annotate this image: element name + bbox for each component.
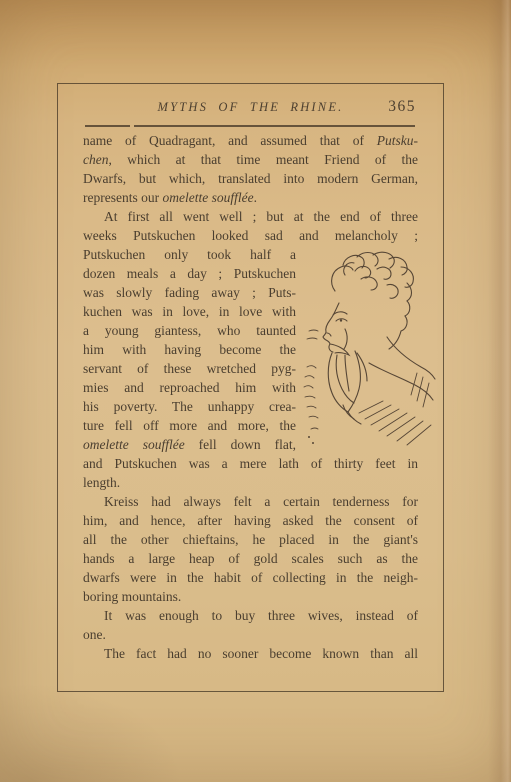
text-line: all the other chieftains, he placed in t… <box>83 530 418 549</box>
header-rule-short <box>85 125 130 127</box>
text-line: name of Quadragant, and assumed that of … <box>83 131 418 150</box>
text-line: hands a large heap of gold scales such a… <box>83 549 418 568</box>
giant-portrait-illustration <box>299 245 447 461</box>
text-line: The fact had no sooner become known than… <box>83 644 418 663</box>
text-run: servant of these wretched pyg- <box>83 361 296 376</box>
text-line: one. <box>83 625 418 644</box>
text-run: ture fell off more and more, the <box>83 418 296 433</box>
text-line: chen, which at that time meant Friend of… <box>83 150 418 169</box>
text-run: kuchen was in love, in love with <box>83 304 296 319</box>
running-header-title: MYTHS OF THE RHINE. <box>58 100 443 115</box>
text-run: At first all went well ; but at the end … <box>104 209 418 224</box>
text-line: weeks Putskuchen looked sad and melancho… <box>83 226 418 245</box>
text-line: him, and hence, after having asked the c… <box>83 511 418 530</box>
text-run: mies and reproached him with <box>83 380 296 395</box>
text-run: dwarfs were in the habit of collecting i… <box>83 570 418 585</box>
text-run: all the other chieftains, he placed in t… <box>83 532 418 547</box>
text-run: Dwarfs, but which, translated into moder… <box>83 171 418 186</box>
text-run: dozen meals a day ; Putskuchen <box>83 266 296 281</box>
text-line: Kreiss had always felt a certain tendern… <box>83 492 418 511</box>
italic-text-run: omelette soufflée <box>83 437 185 452</box>
text-run: hands a large heap of gold scales such a… <box>83 551 418 566</box>
text-run: It was enough to buy three wives, instea… <box>104 608 418 623</box>
page-number: 365 <box>388 98 416 116</box>
text-run: him, and hence, after having asked the c… <box>83 513 418 528</box>
text-run: Putskuchen only took half a <box>83 247 296 262</box>
text-run: fell down flat, <box>185 437 296 452</box>
italic-text-run: chen <box>83 152 108 167</box>
text-run: Kreiss had always felt a certain tendern… <box>104 494 418 509</box>
italic-text-run: Putsku- <box>377 133 418 148</box>
text-run: weeks Putskuchen looked sad and melancho… <box>83 228 418 243</box>
text-run: boring mountains. <box>83 589 181 604</box>
text-run: him with having become the <box>83 342 296 357</box>
italic-text-run: omelette soufflée <box>162 190 253 205</box>
header-rule-long <box>134 125 415 127</box>
text-line: It was enough to buy three wives, instea… <box>83 606 418 625</box>
text-run: , which at that time meant Friend of the <box>108 152 418 167</box>
text-run: name of Quadragant, and assumed that of <box>83 133 377 148</box>
text-run: his poverty. The unhappy crea- <box>83 399 296 414</box>
text-run: length. <box>83 475 120 490</box>
text-run: represents our <box>83 190 162 205</box>
text-line: boring mountains. <box>83 587 418 606</box>
text-run: one. <box>83 627 106 642</box>
text-line: length. <box>83 473 418 492</box>
text-line: dwarfs were in the habit of collecting i… <box>83 568 418 587</box>
page-frame: MYTHS OF THE RHINE. 365 <box>57 83 444 692</box>
text-run: The fact had no sooner become known than… <box>104 646 418 661</box>
text-line: At first all went well ; but at the end … <box>83 207 418 226</box>
page-background: MYTHS OF THE RHINE. 365 <box>0 0 511 782</box>
text-run: was slowly fading away ; Puts- <box>83 285 296 300</box>
text-line: represents our omelette soufflée. <box>83 188 418 207</box>
page-body-lines: name of Quadragant, and assumed that of … <box>83 131 418 663</box>
text-line: Dwarfs, but which, translated into moder… <box>83 169 418 188</box>
text-run: . <box>254 190 257 205</box>
text-run: a young giantess, who taunted <box>83 323 296 338</box>
